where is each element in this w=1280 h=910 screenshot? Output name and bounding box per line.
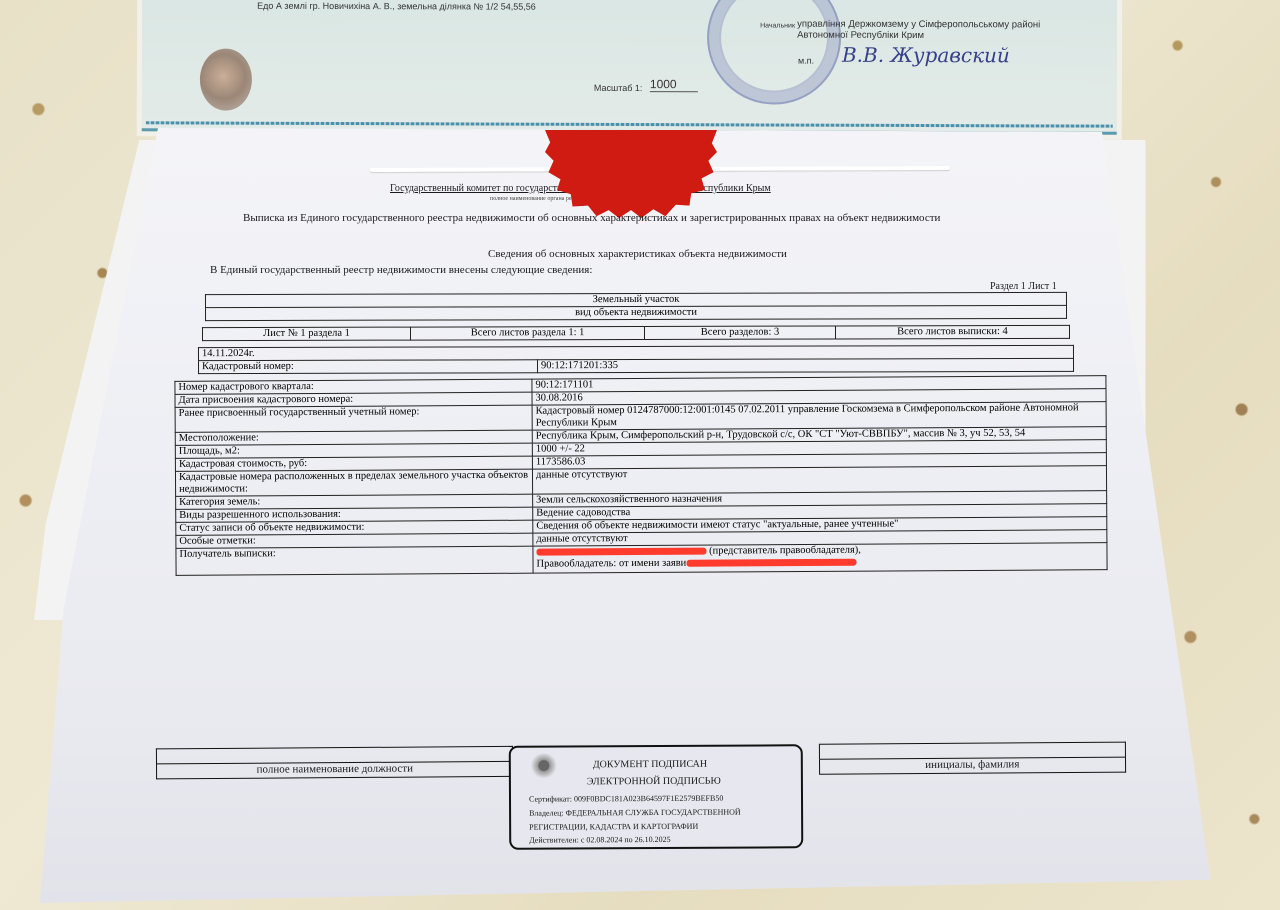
properties-table: Номер кадастрового квартала:90:12:171101… [174,375,1107,576]
esig-valid: Действителен: с 02.08.2024 по 26.10.2025 [529,835,670,845]
section-reference: Раздел 1 Лист 1 [990,281,1057,292]
sheet-info-table: Лист № 1 раздела 1 Всего листов раздела … [202,325,1070,341]
hologram-icon [200,49,252,111]
object-type-caption: вид объекта недвижимости [206,305,1067,320]
stamp-seal-icon [707,0,841,105]
recipient-row: Получатель выписки: (представитель право… [176,543,1107,576]
esig-line2: ЭЛЕКТРОННОЙ ПОДПИСЬЮ [587,776,721,788]
recipient-line2: Правообладатель: от имени заяви [537,558,687,570]
scale-value: 1000 [650,77,698,92]
certificate-authority-label: Начальник [760,22,795,29]
electronic-signature-stamp: ДОКУМЕНТ ПОДПИСАН ЭЛЕКТРОННОЙ ПОДПИСЬЮ С… [509,744,804,850]
certificate-line: Едо А землі гр. Новичихіна А. В., земель… [257,1,536,12]
cadastral-number-value: 90:12:171201:335 [538,358,1074,372]
position-caption: полное наименование должности [157,761,514,778]
sheet-number: Лист № 1 раздела 1 [202,327,410,341]
recipient-line1: (представитель правообладателя), [709,545,861,557]
esig-owner-2: РЕГИСТРАЦИИ, КАДАСТРА И КАРТОГРАФИИ [529,822,698,832]
row-value: Кадастровый номер 0124787000:12:001:0145… [532,402,1106,431]
redacted-applicant [686,559,856,567]
cadastral-number-label: Кадастровый номер: [199,360,538,374]
section-title: Сведения об основных характеристиках объ… [488,248,787,260]
object-type-table: Земельный участок вид объекта недвижимос… [205,292,1067,321]
row-label: Кадастровые номера расположенных в преде… [175,469,532,496]
row-value: данные отсутствуют [532,466,1106,495]
esig-owner-1: Владелец: ФЕДЕРАЛЬНАЯ СЛУЖБА ГОСУДАРСТВЕ… [529,808,741,818]
esig-certificate: Сертификат: 009F0BDC181A023B64597F1E2579… [529,794,723,804]
esig-line1: ДОКУМЕНТ ПОДПИСАН [593,759,707,771]
sheets-total: Всего листов выписки: 4 [835,325,1069,339]
scale-label: Масштаб 1: [594,83,643,93]
cadastral-number-table: 14.11.2024г. Кадастровый номер: 90:12:17… [198,345,1074,374]
recipient-label: Получатель выписки: [176,546,533,575]
row-label: Ранее присвоенный государственный учетны… [175,405,532,432]
stamp-label: м.п. [798,56,814,66]
certificate-authority: управління Держкомзему у Сімферопольсько… [797,19,1077,42]
redacted-name [536,548,706,556]
coat-of-arms-icon [531,754,557,784]
sections-total: Всего разделов: 3 [645,326,836,339]
extract-title: Выписка из Единого государственного реес… [243,212,940,224]
name-caption: инициалы, фамилия [819,757,1126,774]
land-certificate: Едо А землі гр. Новичихіна А. В., земель… [142,0,1118,135]
sheets-in-section: Всего листов раздела 1: 1 [411,326,645,340]
signature: В.В. Журавский [842,43,1010,68]
intro-text: В Единый государственный реестр недвижим… [210,264,592,276]
